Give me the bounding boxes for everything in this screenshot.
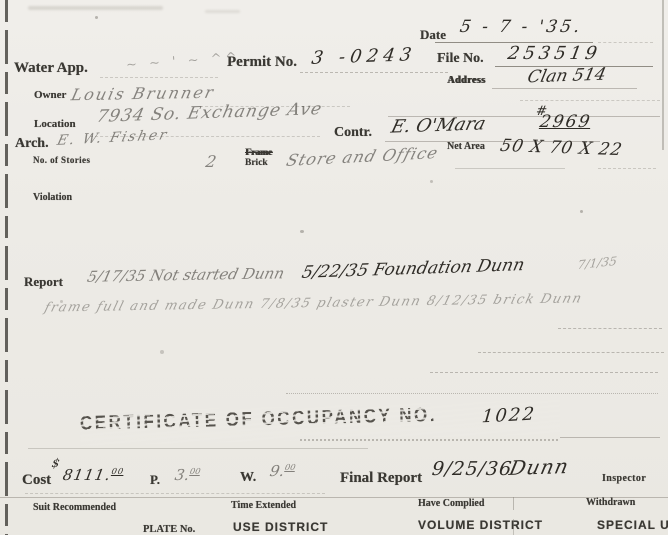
cost-amount-cents: 00 xyxy=(111,466,125,476)
volume-district-label: VOLUME DISTRICT xyxy=(418,518,543,532)
certificate-dotted-line xyxy=(300,439,558,441)
water-app-underline xyxy=(100,77,218,78)
p-value: 3.00 xyxy=(173,466,201,484)
suit-recommended-label: Suit Recommended xyxy=(33,502,116,513)
address-underline-2 xyxy=(520,100,660,101)
special-use-label: SPECIAL USE xyxy=(597,518,668,532)
time-extended-label: Time Extended xyxy=(231,500,296,511)
w-label: W. xyxy=(240,470,256,486)
top-smudge-2 xyxy=(205,10,240,13)
ruled-line xyxy=(560,437,660,438)
cost-label: Cost xyxy=(22,472,51,489)
speck xyxy=(160,350,164,354)
contr-value: E. O'Mara xyxy=(389,113,488,137)
permit-no-label: Permit No. xyxy=(227,54,297,71)
speck xyxy=(430,180,433,183)
frame-label: Frame xyxy=(245,148,272,158)
stories-value: 2 xyxy=(204,152,218,171)
withdrawn-label: Withdrawn xyxy=(586,497,635,508)
brick-label: Brick xyxy=(245,158,268,168)
permit-underline xyxy=(300,72,448,73)
net-area-underline xyxy=(455,168,565,169)
have-complied-label: Have Complied xyxy=(418,498,484,509)
arch-label: Arch. xyxy=(15,136,49,152)
contr-number: 2969 xyxy=(538,112,593,132)
w-value-cents: 00 xyxy=(284,462,296,472)
use-value: Store and Office xyxy=(284,143,440,170)
net-area-underline-2 xyxy=(598,168,656,169)
ruled-line xyxy=(430,372,658,373)
report-label: Report xyxy=(24,274,63,290)
permit-no-value: 3 -0243 xyxy=(310,44,418,69)
cost-amount-main: 8111. xyxy=(61,466,112,484)
violation-label: Violation xyxy=(33,192,72,203)
report-entry-4: frame full and made Dunn 7/8/35 plaster … xyxy=(43,291,585,315)
ruled-line xyxy=(558,328,662,329)
date-underline-ext xyxy=(598,42,653,43)
plate-no-label: PLATE No. xyxy=(143,524,195,535)
p-value-cents: 00 xyxy=(189,466,201,476)
top-smudge xyxy=(28,6,163,10)
footer-divider xyxy=(0,497,668,498)
location-value: 7934 So. Exchange Ave xyxy=(95,99,324,127)
file-no-value: 253519 xyxy=(506,43,602,64)
net-area-label: Net Area xyxy=(447,141,485,152)
footer-column-divider-2 xyxy=(513,519,514,535)
use-district-label: USE DISTRICT xyxy=(233,520,328,534)
final-report-label: Final Report xyxy=(340,470,422,487)
footer-column-divider xyxy=(513,497,514,510)
cost-amount: 8111.00 xyxy=(61,466,125,484)
ruled-line xyxy=(478,352,664,353)
owner-label: Owner xyxy=(34,89,66,101)
address-value: Clan 514 xyxy=(526,65,608,88)
arch-value: E. W. Fisher xyxy=(55,127,170,149)
address-label: Address xyxy=(447,75,485,86)
cost-dollar-sign: $ xyxy=(51,456,61,470)
address-underline xyxy=(492,88,637,89)
certificate-number: 1022 xyxy=(481,404,537,428)
final-report-inspector-name: Dunn xyxy=(507,454,571,480)
contr-label: Contr. xyxy=(334,125,372,141)
final-report-date: 9/25/36 xyxy=(431,458,514,480)
stories-label: No. of Stories xyxy=(33,155,90,165)
ruled-line xyxy=(286,393,658,394)
p-label: P. xyxy=(150,472,160,488)
cost-row-underline xyxy=(25,493,325,494)
report-entry-3: 7/1/35 xyxy=(577,254,618,272)
ruled-line xyxy=(28,448,368,449)
date-value: 5 - 7 - '35. xyxy=(458,17,584,37)
water-app-label: Water App. xyxy=(14,60,88,77)
inspector-label: Inspector xyxy=(602,473,646,484)
speck xyxy=(95,16,98,19)
left-scan-edge xyxy=(5,0,8,535)
report-entry-1: 5/17/35 Not started Dunn xyxy=(86,264,287,285)
certificate-stamp-text: CERTIFICATE OF OCCUPANCY NO. xyxy=(80,404,438,436)
speck xyxy=(580,210,583,213)
net-area-value: 50 X 70 X 22 xyxy=(498,136,624,160)
permit-record-card: Date 5 - 7 - '35. Water App. ~ ~ ' ~ ^^ … xyxy=(0,0,668,535)
speck xyxy=(300,230,304,233)
file-no-label: File No. xyxy=(437,51,484,67)
water-app-scribble: ~ ~ ' ~ ^^ xyxy=(126,50,241,73)
date-label: Date xyxy=(420,27,446,43)
location-label: Location xyxy=(34,118,76,130)
w-value: 9.00 xyxy=(268,462,296,480)
right-scan-edge xyxy=(662,0,664,150)
owner-value: Louis Brunner xyxy=(69,83,216,104)
report-entry-2: 5/22/35 Foundation Dunn xyxy=(300,255,526,283)
